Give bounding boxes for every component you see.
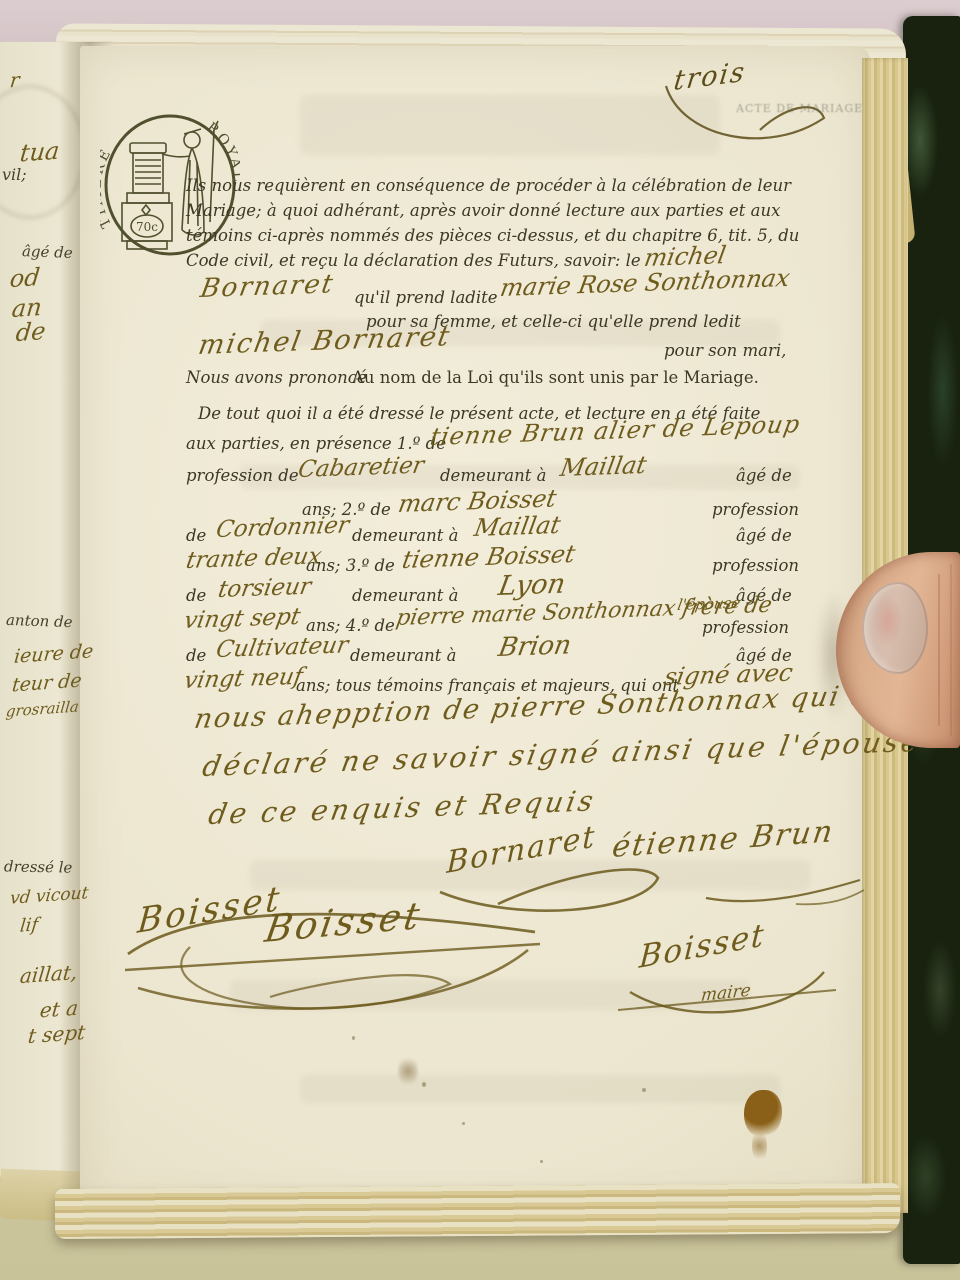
printed-demeurant-1: demeurant à xyxy=(440,466,546,485)
printed-pronounce-roman: Au nom de la Loi qu'ils sont unis par le… xyxy=(352,368,759,387)
printed-profession-de: profession de xyxy=(186,466,299,485)
left-fragment: anton de xyxy=(6,611,73,631)
left-fragment: r xyxy=(9,68,21,93)
finger xyxy=(836,552,960,748)
printed-demeurant-4: demeurant à xyxy=(350,646,456,665)
handwritten-witness4-name-superscript: l'épouse xyxy=(676,594,742,614)
printed-profession-3: profession xyxy=(712,556,799,575)
ink-speck xyxy=(642,1088,646,1092)
bottom-page-edges xyxy=(55,1183,900,1239)
printed-age-de-2: âgé de xyxy=(736,526,792,545)
handwritten-witness2-profession: Cordonnier xyxy=(214,512,351,543)
printed-requisition-line4: Code civil, et reçu la déclaration des F… xyxy=(186,251,641,270)
stamp-denomination: 70c xyxy=(136,220,158,234)
handwritten-witness4-profession: Cultivateur xyxy=(214,632,350,663)
annotation-flourish xyxy=(648,80,848,165)
printed-de-3: de xyxy=(186,586,206,605)
handwritten-witness4-age: vingt neuf xyxy=(182,664,305,694)
handwritten-witness2-age: trante deux xyxy=(184,543,324,574)
left-fragment: od xyxy=(9,263,42,293)
ink-speck xyxy=(422,1082,426,1087)
stamp-arc-right-text: ROYAL xyxy=(203,120,240,185)
printed-requisition-line2: Mariage; à quoi adhérant, après avoir do… xyxy=(186,201,780,220)
finger-crease xyxy=(950,564,952,736)
signature-brun-underline xyxy=(700,874,870,910)
show-through-smudge xyxy=(300,1075,780,1103)
finger-crease xyxy=(938,574,940,726)
printed-presence-line: aux parties, en présence 1.º de xyxy=(186,434,446,453)
printed-profession-2: profession xyxy=(712,500,799,519)
signature-maire-flourish xyxy=(616,950,846,1030)
printed-prend-ladite: qu'il prend ladite xyxy=(354,288,498,307)
printed-pronounce-italic: Nous avons prononcé xyxy=(186,368,367,387)
printed-age-de-1: âgé de xyxy=(736,466,792,485)
printed-de-4: de xyxy=(186,646,206,665)
printed-pour-son-mari: pour son mari, xyxy=(664,341,786,360)
left-fragment: t sept xyxy=(27,1020,87,1048)
ink-speck xyxy=(462,1122,465,1125)
left-fragment: lif xyxy=(19,914,39,936)
printed-requisition-line1: Ils nous requièrent en conséquence de pr… xyxy=(186,176,791,195)
handwritten-witness1-residence: Maillat xyxy=(558,451,649,482)
left-fragment: vil; xyxy=(2,165,27,184)
printed-ans-3: ans; 3.º de xyxy=(306,556,395,575)
printed-demeurant-2: demeurant à xyxy=(352,526,458,545)
handwritten-witness1-profession: Cabaretier xyxy=(296,452,426,483)
ink-speck xyxy=(540,1160,543,1163)
left-fragment: dressé le xyxy=(4,857,73,876)
left-fragment: de xyxy=(15,317,47,347)
ink-stain-drip xyxy=(752,1130,767,1162)
handwritten-witness4-residence: Brion xyxy=(496,630,574,663)
left-fragment: aillat, xyxy=(19,960,79,988)
left-fragment: tua xyxy=(19,136,61,167)
printed-de-2: de xyxy=(186,526,206,545)
ink-stain-small xyxy=(398,1056,418,1086)
handwritten-witness3-age: vingt sept xyxy=(182,604,302,634)
signature-boisset-paraph xyxy=(120,892,550,1032)
archival-photo: trois ACTE DE MARIAGE TIMBRE ROYAL xyxy=(0,0,960,1280)
handwritten-witness3-profession: torsieur xyxy=(216,574,313,603)
handwritten-witness2-residence: Maillat xyxy=(472,511,563,542)
fingernail-blush xyxy=(874,596,902,646)
ink-speck xyxy=(352,1036,355,1040)
left-fragment: âgé de xyxy=(22,242,73,262)
printed-demeurant-3: demeurant à xyxy=(352,586,458,605)
handwritten-groom-surname: Bornaret xyxy=(198,269,337,304)
left-fragment: et a xyxy=(39,996,80,1023)
printed-profession-4: profession xyxy=(702,618,789,637)
bleed-through-text: ACTE DE MARIAGE xyxy=(736,102,863,115)
handwritten-witness3-residence: Lyon xyxy=(496,568,568,602)
